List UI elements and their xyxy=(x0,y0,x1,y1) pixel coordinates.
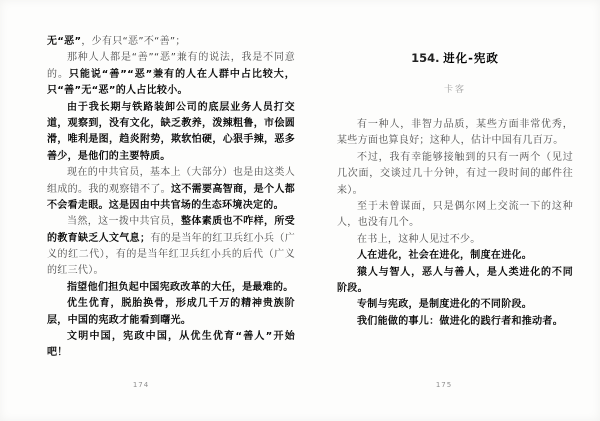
paragraph: 在书上，这种人见过不少。 xyxy=(337,232,573,248)
emphasized-text: 无“恶” xyxy=(47,36,81,47)
paragraph: 当然，这一拨中共官员，整体素质也不咋样，所受的教育缺乏人文气息；有的是当年的红卫… xyxy=(47,214,295,280)
emphasized-text: 我们能做的事儿：做进化的践行者和推动者。 xyxy=(357,316,563,327)
page-number-left: 174 xyxy=(121,381,161,389)
chapter-heading: 154. 进化-宪政 xyxy=(337,50,573,66)
right-page: 154. 进化-宪政 卡客 有一种人，非智力品质，某些方面非常优秀，某些方面也算… xyxy=(337,50,573,330)
paragraph: 指望他们担负起中国宪政改革的大任，是最难的。 xyxy=(47,280,295,296)
emphasized-text: 文明中国，宪政中国，从优生优育“善人”开始吧！ xyxy=(47,331,295,358)
paragraph: 不过，我有幸能够接触到的只有一两个（见过几次面，交谈过几十分钟，有过一段时间的邮… xyxy=(337,150,573,199)
body-text: 当然，这一拨中共官员， xyxy=(67,216,181,227)
paragraph: 至于未曾谋面，只是偶尔网上交流一下的这种人，也没有几个。 xyxy=(337,199,573,232)
right-page-body: 有一种人，非智力品质，某些方面非常优秀，某些方面也算良好；这种人，估计中国有几百… xyxy=(337,117,573,330)
book-spread-scan: 无“恶”，少有只“恶”不“善”；那种人人都是“善”“恶”兼有的说法，我是不同意的… xyxy=(0,0,600,421)
left-page: 无“恶”，少有只“恶”不“善”；那种人人都是“善”“恶”兼有的说法，我是不同意的… xyxy=(47,34,295,362)
emphasized-text: 由于我长期与铁路装卸公司的底层业务人员打交道，观察到，没有文化，缺乏教养，泼辣粗… xyxy=(47,102,295,162)
emphasized-text: 只能说“善”“恶”兼有的人在人群中占比较大，只“善”无“恶”的人占比较小。 xyxy=(47,69,295,96)
paragraph: 优生优育，脱胎换骨，形成几千万的精神贵族阶层，中国的宪政才能看到曙光。 xyxy=(47,296,295,329)
body-text: 不过，我有幸能够接触到的只有一两个（见过几次面，交谈过几十分钟，有过一段时间的邮… xyxy=(337,152,573,196)
chapter-title: 进化-宪政 xyxy=(443,51,499,65)
emphasized-text: 猿人与智人，恶人与善人，是人类进化的不同阶段。 xyxy=(337,267,573,294)
emphasized-text: 指望他们担负起中国宪政改革的大任，是最难的。 xyxy=(67,282,294,293)
paragraph: 无“恶”，少有只“恶”不“善”； xyxy=(47,34,295,50)
paragraph: 现在的中共官员，基本上（大部分）也是由这类人组成的。我的观察错不了。这不需要高智… xyxy=(47,165,295,214)
page-number-right: 175 xyxy=(424,381,464,389)
paragraph: 专制与宪政，是制度进化的不同阶段。 xyxy=(337,297,573,313)
paragraph: 人在进化，社会在进化，制度在进化。 xyxy=(337,248,573,264)
body-text: ，少有只“恶”不“善”； xyxy=(81,36,185,47)
paragraph: 猿人与智人，恶人与善人，是人类进化的不同阶段。 xyxy=(337,265,573,298)
emphasized-text: 优生优育，脱胎换骨，形成几千万的精神贵族阶层，中国的宪政才能看到曙光。 xyxy=(47,298,295,325)
emphasized-text: 专制与宪政，是制度进化的不同阶段。 xyxy=(357,299,532,310)
body-text: 至于未曾谋面，只是偶尔网上交流一下的这种人，也没有几个。 xyxy=(337,201,573,228)
body-text: 有一种人，非智力品质，某些方面非常优秀，某些方面也算良好；这种人，估计中国有几百… xyxy=(337,119,573,146)
chapter-number: 154. xyxy=(411,51,439,65)
emphasized-text: 人在进化，社会在进化，制度在进化。 xyxy=(357,250,532,261)
paragraph: 那种人人都是“善”“恶”兼有的说法，我是不同意的。只能说“善”“恶”兼有的人在人… xyxy=(47,50,295,99)
paragraph: 我们能做的事儿：做进化的践行者和推动者。 xyxy=(337,314,573,330)
left-page-body: 无“恶”，少有只“恶”不“善”；那种人人都是“善”“恶”兼有的说法，我是不同意的… xyxy=(47,34,295,362)
author-name: 卡客 xyxy=(337,82,573,95)
paragraph: 文明中国，宪政中国，从优生优育“善人”开始吧！ xyxy=(47,329,295,362)
paragraph: 有一种人，非智力品质，某些方面非常优秀，某些方面也算良好；这种人，估计中国有几百… xyxy=(337,117,573,150)
paragraph: 由于我长期与铁路装卸公司的底层业务人员打交道，观察到，没有文化，缺乏教养，泼辣粗… xyxy=(47,100,295,166)
body-text: 在书上，这种人见过不少。 xyxy=(357,234,481,245)
